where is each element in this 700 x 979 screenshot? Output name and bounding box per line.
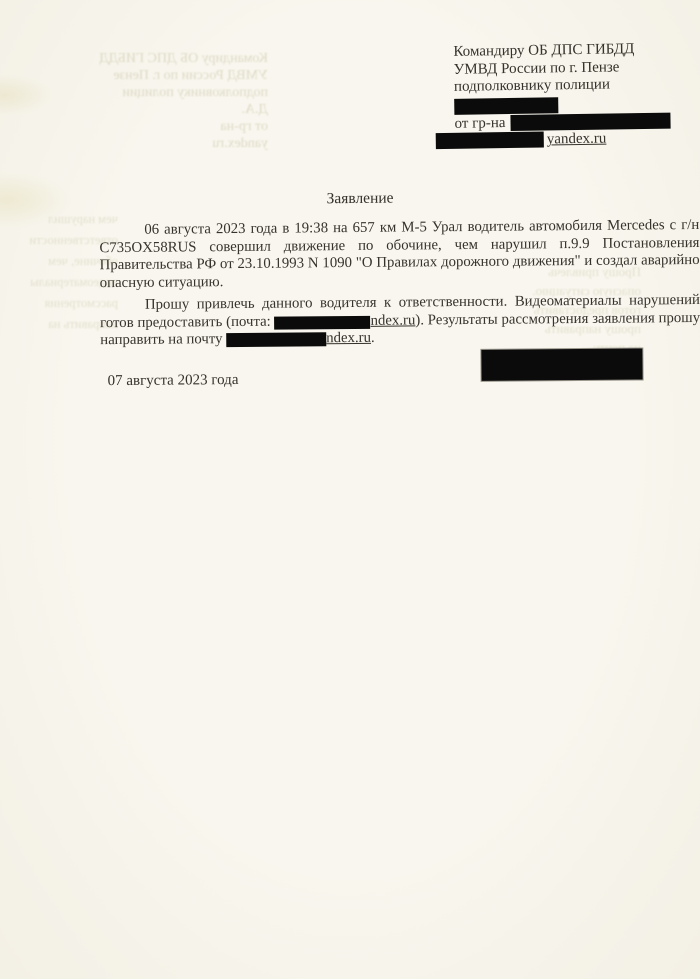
redaction-box-email-1 [275, 315, 371, 329]
body-paragraph-2: Прошу привлечь данного водителя к ответс… [100, 292, 700, 350]
document-content: Командиру ОБ ДПС ГИБДД УМВД России по г.… [0, 0, 700, 979]
addressee-block: Командиру ОБ ДПС ГИБДД УМВД России по г.… [453, 40, 700, 151]
body-paragraph-1: 06 августа 2023 года в 19:38 на 657 км М… [99, 217, 700, 292]
document-date: 07 августа 2023 года [108, 372, 239, 390]
redaction-box-signature [481, 348, 642, 380]
document-title: Заявление [100, 188, 620, 211]
redaction-box-email-2 [226, 332, 326, 347]
paragraph-2-text: . [371, 330, 375, 346]
email-1-visible-tail: ndex.ru [370, 312, 415, 328]
scanned-document-page: Командиру ОБ ДПС ГИБДД УМВД России по г.… [0, 0, 700, 979]
redaction-box-email-local-part [436, 132, 544, 150]
email-visible-tail: yandex.ru [547, 131, 607, 148]
redaction-box-applicant-name [510, 112, 670, 130]
addressee-line-3: подполковнику полиции [454, 75, 699, 96]
redaction-box-officer-name [454, 97, 558, 115]
email-2-visible-tail: ndex.ru [326, 330, 371, 346]
from-prefix: от гр-на [454, 115, 505, 132]
email-line: yandex.ru [436, 130, 700, 152]
